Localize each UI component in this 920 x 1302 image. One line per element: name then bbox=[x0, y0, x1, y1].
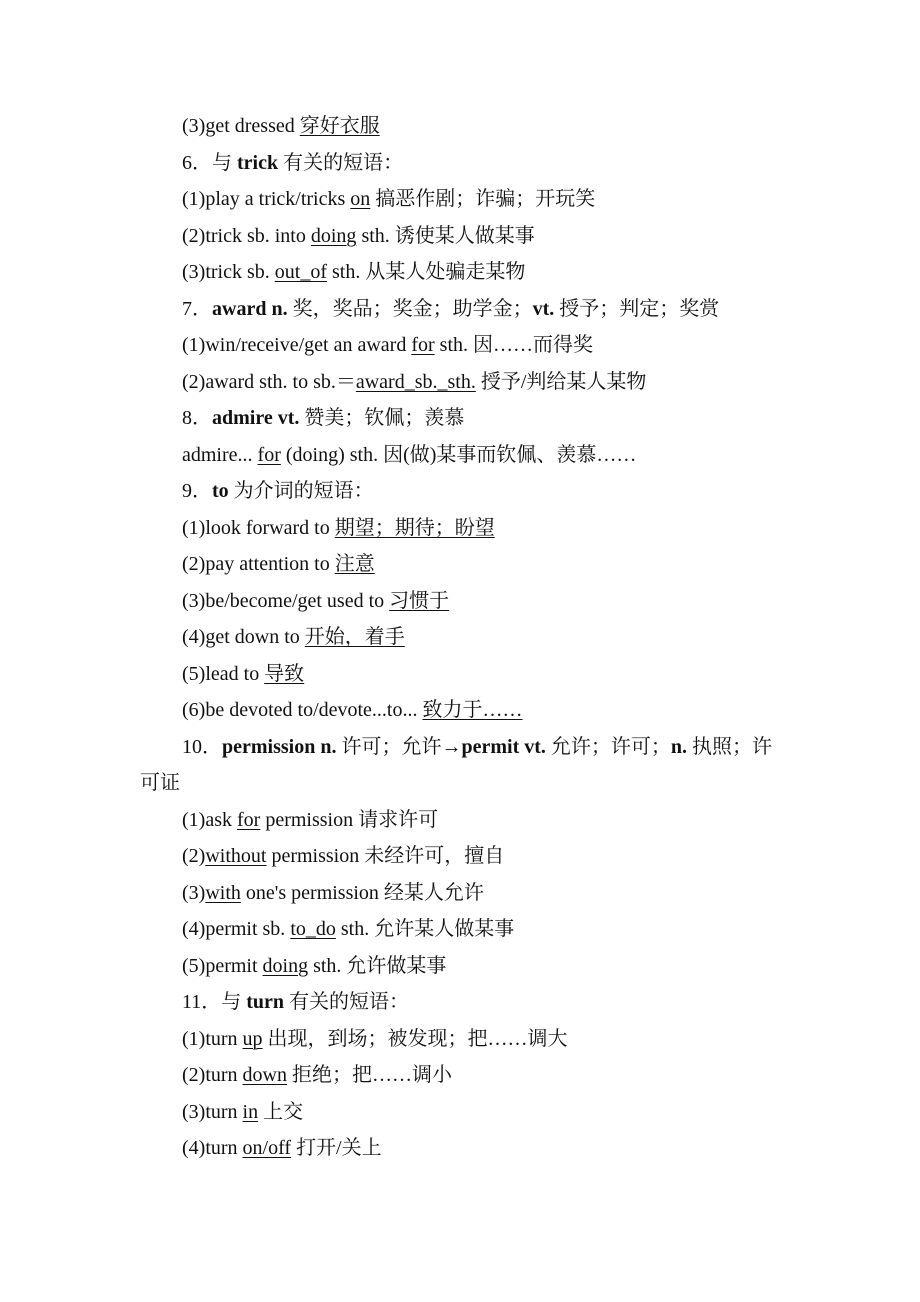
underlined-answer: without bbox=[205, 845, 266, 867]
underlined-answer: 开始，着手 bbox=[305, 626, 405, 648]
bold-term: turn bbox=[246, 991, 284, 1013]
underlined-answer: 导致 bbox=[264, 663, 304, 685]
phrase-line: (1)play a trick/tricks on 搞恶作剧；诈骗；开玩笑 bbox=[140, 181, 785, 218]
underlined-answer: down bbox=[243, 1064, 287, 1086]
underlined-answer: for bbox=[411, 334, 434, 356]
section-heading: 10．permission n. 许可；允许→permit vt. 允许；许可；… bbox=[140, 729, 785, 802]
phrase-line: (5)lead to 导致 bbox=[140, 656, 785, 693]
underlined-answer: 习惯于 bbox=[389, 590, 449, 612]
text-segment: one's permission 经某人允许 bbox=[241, 882, 484, 904]
text-segment: (2)award sth. to sb.＝ bbox=[182, 371, 356, 393]
text-segment: 10． bbox=[182, 736, 222, 758]
text-segment: 有关的短语： bbox=[284, 991, 409, 1013]
text-segment: (4)get down to bbox=[182, 626, 305, 648]
text-segment: sth. 诱使某人做某事 bbox=[356, 225, 534, 247]
section-heading: 11．与 turn 有关的短语： bbox=[140, 984, 785, 1021]
phrase-line: (2)without permission 未经许可，擅自 bbox=[140, 838, 785, 875]
underlined-answer: on/off bbox=[243, 1137, 292, 1159]
text-segment: (2)trick sb. into bbox=[182, 225, 311, 247]
text-segment: (4)turn bbox=[182, 1137, 243, 1159]
phrase-line: (6)be devoted to/devote...to... 致力于…… bbox=[140, 692, 785, 729]
text-segment: permission 请求许可 bbox=[260, 809, 438, 831]
text-segment: (1)ask bbox=[182, 809, 237, 831]
text-segment: 8． bbox=[182, 407, 212, 429]
text-segment: 有关的短语： bbox=[278, 152, 403, 174]
text-segment: 奖，奖品；奖金；助学金； bbox=[288, 298, 533, 320]
underlined-answer: on bbox=[350, 188, 370, 210]
bold-term: award n. bbox=[212, 298, 288, 320]
text-segment: sth. 允许做某事 bbox=[308, 955, 446, 977]
phrase-line: (2)award sth. to sb.＝award_sb._sth. 授予/判… bbox=[140, 364, 785, 401]
bold-term: n. bbox=[671, 736, 687, 758]
text-segment: (3)trick sb. bbox=[182, 261, 275, 283]
text-segment: (1)look forward to bbox=[182, 517, 335, 539]
underlined-answer: doing bbox=[263, 955, 309, 977]
text-segment: 授予；判定；奖赏 bbox=[554, 298, 719, 320]
section-heading: 8．admire vt. 赞美；钦佩；羡慕 bbox=[140, 400, 785, 437]
text-segment: 上交 bbox=[258, 1101, 303, 1123]
text-segment: (3)be/become/get used to bbox=[182, 590, 389, 612]
phrase-line: (3)get dressed 穿好衣服 bbox=[140, 108, 785, 145]
underlined-answer: for bbox=[237, 809, 260, 831]
text-segment: sth. 允许某人做某事 bbox=[336, 918, 514, 940]
text-segment: 允许；许可； bbox=[546, 736, 671, 758]
phrase-line: (2)pay attention to 注意 bbox=[140, 546, 785, 583]
section-heading: 7．award n. 奖，奖品；奖金；助学金；vt. 授予；判定；奖赏 bbox=[140, 291, 785, 328]
text-segment: sth. 从某人处骗走某物 bbox=[327, 261, 525, 283]
text-segment: (3)get dressed bbox=[182, 115, 295, 137]
text-segment: 授予/判给某人某物 bbox=[476, 371, 647, 393]
bold-term: trick bbox=[237, 152, 278, 174]
text-segment: 9． bbox=[182, 480, 212, 502]
text-segment: (3) bbox=[182, 882, 205, 904]
text-segment: (1)win/receive/get an award bbox=[182, 334, 411, 356]
bold-term: to bbox=[212, 480, 229, 502]
phrase-line: (1)win/receive/get an award for sth. 因……… bbox=[140, 327, 785, 364]
text-segment: (5)lead to bbox=[182, 663, 264, 685]
underlined-answer: 致力于…… bbox=[423, 699, 523, 721]
bold-term: permit vt. bbox=[461, 736, 545, 758]
text-segment: (5)permit bbox=[182, 955, 263, 977]
text-segment: 许可；允许→ bbox=[336, 736, 461, 758]
phrase-line: (2)turn down 拒绝；把……调小 bbox=[140, 1057, 785, 1094]
text-segment: 赞美；钦佩；羡慕 bbox=[299, 407, 464, 429]
underlined-answer: 注意 bbox=[335, 553, 375, 575]
text-segment: 6．与 bbox=[182, 152, 237, 174]
text-segment: (2)turn bbox=[182, 1064, 243, 1086]
text-segment: (1)play a trick/tricks bbox=[182, 188, 350, 210]
underlined-answer: 穿好衣服 bbox=[300, 115, 380, 137]
text-segment: 7． bbox=[182, 298, 212, 320]
text-segment: 搞恶作剧；诈骗；开玩笑 bbox=[370, 188, 595, 210]
text-segment: (2)pay attention to bbox=[182, 553, 335, 575]
bold-term: vt. bbox=[533, 298, 555, 320]
phrase-line: (4)turn on/off 打开/关上 bbox=[140, 1130, 785, 1167]
phrase-line: (1)ask for permission 请求许可 bbox=[140, 802, 785, 839]
text-segment: (doing) sth. 因(做)某事而钦佩、羡慕…… bbox=[281, 444, 637, 466]
phrase-line: (3)be/become/get used to 习惯于 bbox=[140, 583, 785, 620]
phrase-line: (1)turn up 出现，到场；被发现；把……调大 bbox=[140, 1021, 785, 1058]
bold-term: permission n. bbox=[222, 736, 336, 758]
underlined-answer: to_do bbox=[290, 918, 336, 940]
underlined-answer: up bbox=[243, 1028, 263, 1050]
text-segment: 为介词的短语： bbox=[229, 480, 374, 502]
underlined-answer: award_sb._sth. bbox=[356, 371, 476, 393]
underlined-answer: for bbox=[258, 444, 281, 466]
text-segment: (4)permit sb. bbox=[182, 918, 290, 940]
text-segment: (1)turn bbox=[182, 1028, 243, 1050]
text-segment: permission 未经许可，擅自 bbox=[266, 845, 504, 867]
underlined-answer: with bbox=[205, 882, 241, 904]
phrase-line: (3)trick sb. out_of sth. 从某人处骗走某物 bbox=[140, 254, 785, 291]
text-segment: 出现，到场；被发现；把……调大 bbox=[263, 1028, 568, 1050]
phrase-line: (5)permit doing sth. 允许做某事 bbox=[140, 948, 785, 985]
phrase-line: admire... for (doing) sth. 因(做)某事而钦佩、羡慕…… bbox=[140, 437, 785, 474]
text-segment: (3)turn bbox=[182, 1101, 243, 1123]
text-segment: (6)be devoted to/devote...to... bbox=[182, 699, 423, 721]
phrase-line: (3)with one's permission 经某人允许 bbox=[140, 875, 785, 912]
bold-term: admire vt. bbox=[212, 407, 299, 429]
text-segment: (2) bbox=[182, 845, 205, 867]
phrase-line: (4)permit sb. to_do sth. 允许某人做某事 bbox=[140, 911, 785, 948]
text-segment: 拒绝；把……调小 bbox=[287, 1064, 452, 1086]
section-heading: 6．与 trick 有关的短语： bbox=[140, 145, 785, 182]
underlined-answer: out_of bbox=[275, 261, 327, 283]
text-segment: 11．与 bbox=[182, 991, 246, 1013]
section-heading: 9．to 为介词的短语： bbox=[140, 473, 785, 510]
phrase-line: (2)trick sb. into doing sth. 诱使某人做某事 bbox=[140, 218, 785, 255]
text-segment: 打开/关上 bbox=[291, 1137, 382, 1159]
text-segment: admire... bbox=[182, 444, 258, 466]
text-segment: sth. 因……而得奖 bbox=[435, 334, 593, 356]
underlined-answer: doing bbox=[311, 225, 357, 247]
phrase-line: (1)look forward to 期望；期待；盼望 bbox=[140, 510, 785, 547]
phrase-line: (3)turn in 上交 bbox=[140, 1094, 785, 1131]
underlined-answer: in bbox=[243, 1101, 259, 1123]
document-page: (3)get dressed 穿好衣服6．与 trick 有关的短语：(1)pl… bbox=[140, 108, 785, 1167]
phrase-line: (4)get down to 开始，着手 bbox=[140, 619, 785, 656]
underlined-answer: 期望；期待；盼望 bbox=[335, 517, 495, 539]
